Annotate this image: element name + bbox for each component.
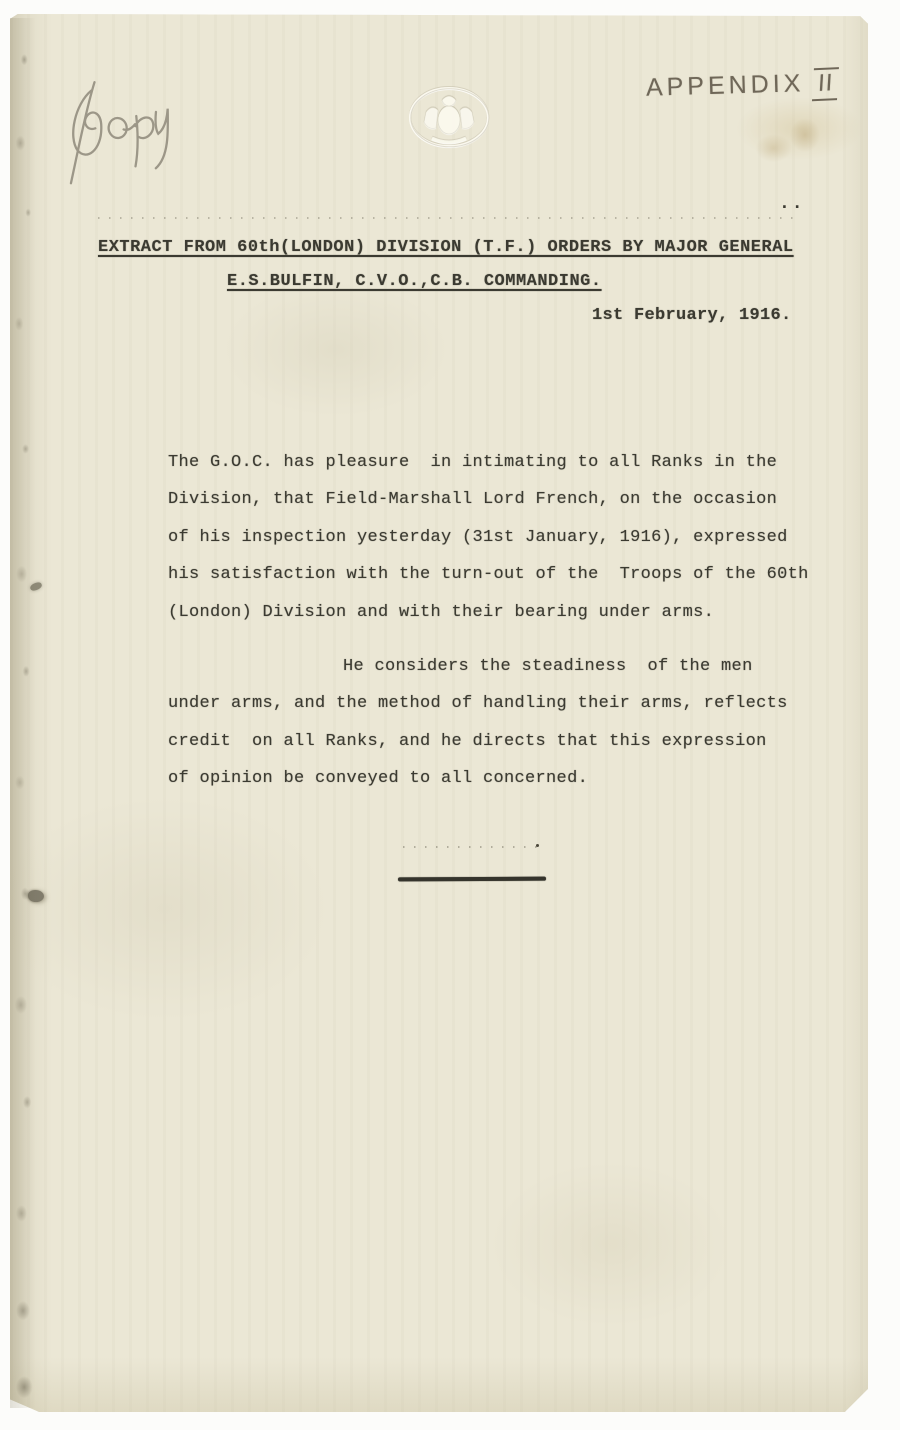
title-line-2: E.S.BULFIN, C.V.O.,C.B. COMMANDING. [227,272,602,291]
document-scan: APPENDIXII .. EXTRACT FROM 60th(LONDON) … [0,0,900,1430]
copy-handwriting [51,60,184,207]
binding-edge-stains [10,18,36,1408]
body-line: (London) Division and with their bearing… [168,594,828,631]
body-text: The G.O.C. has pleasure in intimating to… [168,444,828,798]
appendix-numeral: II [812,67,839,101]
body-line: of opinion be conveyed to all concerned. [168,760,828,797]
paragraph-1: The G.O.C. has pleasure in intimating to… [168,444,828,631]
body-line: He considers the steadiness of the men [168,648,828,685]
end-rule-line [398,877,546,882]
appendix-label: APPENDIXII [646,67,840,105]
paragraph-2: He considers the steadiness of the men u… [168,648,828,798]
body-line: credit on all Ranks, and he directs that… [168,723,828,760]
smudge-top-right [790,118,820,152]
royal-coat-of-arms-embossed-seal-icon [406,84,492,157]
title-line-1: EXTRACT FROM 60th(LONDON) DIVISION (T.F.… [98,238,794,257]
date-line: 1st February, 1916. [592,306,792,325]
body-line: under arms, and the method of handling t… [168,685,828,722]
body-line: his satisfaction with the turn-out of th… [168,556,828,593]
dotted-rule-middle [403,846,537,848]
body-line: Division, that Field-Marshall Lord Frenc… [168,481,828,518]
stain-blotch-left-edge [28,890,44,902]
appendix-word: APPENDIX [646,69,805,101]
body-line: The G.O.C. has pleasure in intimating to… [168,444,828,481]
body-line: of his inspection yesterday (31st Januar… [168,519,828,556]
dotted-rule-end-dots: .. [779,194,805,214]
dotted-rule-top [98,217,798,219]
dotted-rule-dark-dot [536,844,539,847]
